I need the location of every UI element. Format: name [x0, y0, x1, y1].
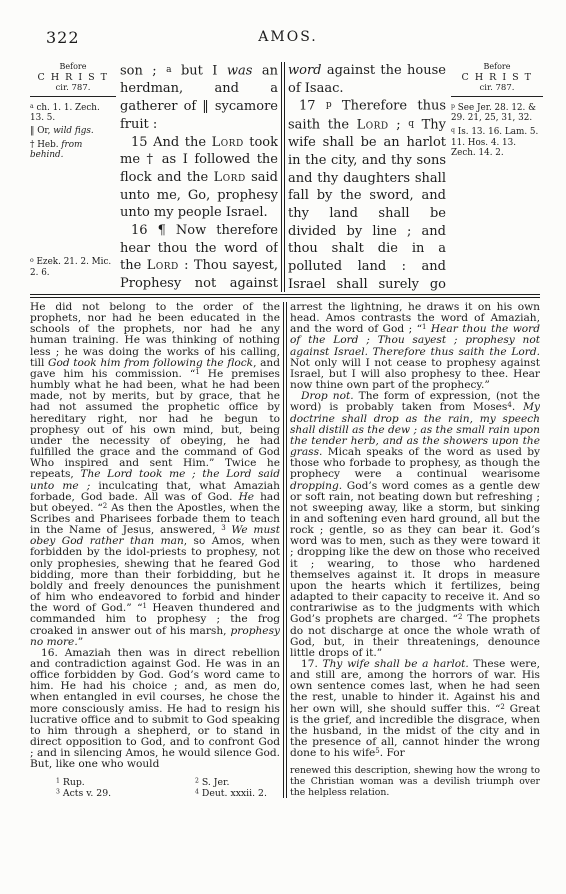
chronology-header-right: Before C H R I S T cir. 787.	[451, 62, 543, 97]
section-divider-rule	[30, 294, 540, 298]
commentary-paragraph: arrest the lightning, he draws it on his…	[290, 302, 540, 391]
running-head: AMOS.	[30, 29, 546, 45]
commentary-section: He did not belong to the order of the pr…	[30, 302, 566, 798]
right-margin-column: Before C H R I S T cir. 787. p See Jer. …	[451, 62, 543, 292]
chron-date: cir. 787.	[30, 83, 116, 94]
margin-note-or: ‖ Or, wild figs.	[30, 126, 116, 137]
chron-before: Before	[451, 62, 543, 73]
margin-note-o: o Ezek. 21. 2. Mic. 2. 6.	[30, 256, 116, 278]
margin-note-heb: † Heb. from behind.	[30, 140, 116, 161]
commentary-left-column: He did not belong to the order of the pr…	[30, 302, 280, 798]
commentary-paragraph-v17: 17. Thy wife shall be a harlot. These we…	[290, 659, 540, 759]
commentary-right-column: arrest the lightning, he draws it on his…	[290, 302, 540, 798]
verse-16-continuation: word against the house of Isaac.	[288, 62, 446, 97]
chron-christ: C H R I S T	[30, 73, 116, 84]
footnote-2: 2 S. Jer.	[195, 777, 280, 788]
footnote-4: 4 Deut. xxxii. 2.	[195, 788, 280, 798]
footnotes-right: renewed this description, shewing how th…	[290, 759, 540, 798]
margin-note-a: a ch. 1. 1. Zech. 13. 5.	[30, 102, 116, 124]
chron-before: Before	[30, 62, 116, 73]
margin-note-q: q Is. 13. 16. Lam. 5. 11. Hos. 4. 13. Ze…	[451, 126, 543, 158]
commentary-paragraph-v16: 16. Amaziah then was in direct rebellion…	[30, 648, 280, 771]
footnote-3: 3 Acts v. 29.	[56, 788, 195, 798]
page-header: 322 AMOS.	[30, 26, 546, 50]
chron-christ: C H R I S T	[451, 73, 543, 84]
verse-17: 17 p Therefore thus saith the Lord ; q T…	[288, 97, 446, 292]
scripture-left-column: son ; a but I was an herdman, and a gath…	[120, 62, 278, 292]
scripture-column-divider	[281, 62, 285, 292]
footnote-1: 1 Rup.	[56, 777, 195, 788]
margin-note-p: p See Jer. 28. 12. & 29. 21, 25, 31, 32.	[451, 102, 543, 124]
verse-15: 15 And the Lord took me † as I followed …	[120, 134, 278, 223]
commentary-column-divider	[283, 302, 287, 798]
footnotes-left: 1 Rup. 2 S. Jer. 3 Acts v. 29. 4 Deut. x…	[30, 771, 280, 798]
footnote-row: 1 Rup. 2 S. Jer.	[30, 777, 280, 788]
commentary-paragraph-drop-not: Drop not. The form of expression, (not t…	[290, 391, 540, 659]
scripture-section: Before C H R I S T cir. 787. a ch. 1. 1.…	[30, 62, 566, 292]
chron-date: cir. 787.	[451, 83, 543, 94]
footnote-row: 3 Acts v. 29. 4 Deut. xxxii. 2.	[30, 788, 280, 798]
chronology-header-left: Before C H R I S T cir. 787.	[30, 62, 116, 97]
commentary-paragraph: He did not belong to the order of the pr…	[30, 302, 280, 648]
footnote-5-continuation: renewed this description, shewing how th…	[290, 765, 540, 798]
scripture-right-column: word against the house of Isaac. 17 p Th…	[288, 62, 446, 292]
verse-16: 16 ¶ Now therefore hear thou the word of…	[120, 222, 278, 292]
left-margin-column: Before C H R I S T cir. 787. a ch. 1. 1.…	[30, 62, 116, 292]
book-page: 322 AMOS. Before C H R I S T cir. 787. a…	[0, 0, 566, 894]
verse-14-continuation: son ; a but I was an herdman, and a gath…	[120, 62, 278, 134]
